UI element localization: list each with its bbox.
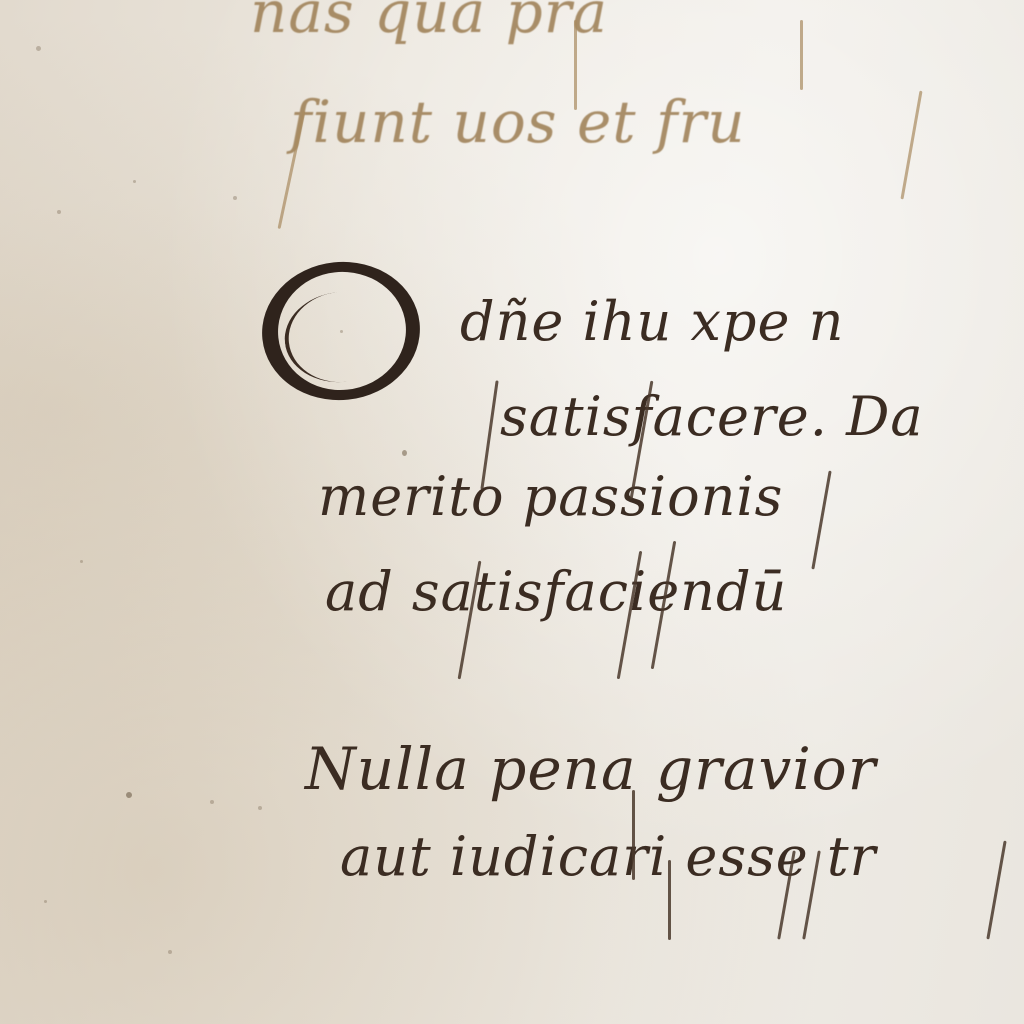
ink-descender-stroke — [811, 470, 831, 569]
initial-o: O — [255, 254, 427, 408]
faded-line-2: fiunt uos et fru — [290, 88, 746, 156]
ink-descender-stroke — [668, 860, 671, 940]
parchment-speckle — [44, 900, 47, 903]
parchment-speckle — [210, 800, 214, 804]
paragraph-2-line-1: Nulla pena gravior — [305, 735, 876, 803]
parchment-speckle — [80, 560, 83, 563]
paragraph-1-line-2: satisfacere. Da — [500, 385, 924, 448]
parchment-speckle — [258, 806, 262, 810]
faded-descender-stroke — [574, 20, 577, 110]
faded-descender-stroke — [800, 20, 803, 90]
parchment-speckle — [36, 46, 41, 51]
ink-descender-stroke — [986, 840, 1006, 939]
paragraph-1-line-3: merito passionis — [318, 465, 783, 528]
initial-letter: O — [272, 279, 273, 280]
paragraph-2-line-2: aut iudicari esse tr — [340, 825, 876, 888]
faded-descender-stroke — [900, 91, 922, 200]
paragraph-1-line-4: ad satisfaciendū — [325, 560, 787, 623]
parchment-speckle — [233, 196, 237, 200]
parchment-speckle — [402, 450, 407, 456]
parchment-speckle — [57, 210, 61, 214]
parchment-speckle — [126, 792, 132, 798]
manuscript-page: nas qua pra fiunt uos et fru O dñe ihu x… — [0, 0, 1024, 1024]
faded-line-1: nas qua pra — [250, 0, 608, 46]
parchment-speckle — [133, 180, 136, 183]
parchment-speckle — [168, 950, 172, 954]
paragraph-1-line-1: dñe ihu xpe n — [460, 290, 844, 353]
ink-descender-stroke — [632, 790, 635, 880]
